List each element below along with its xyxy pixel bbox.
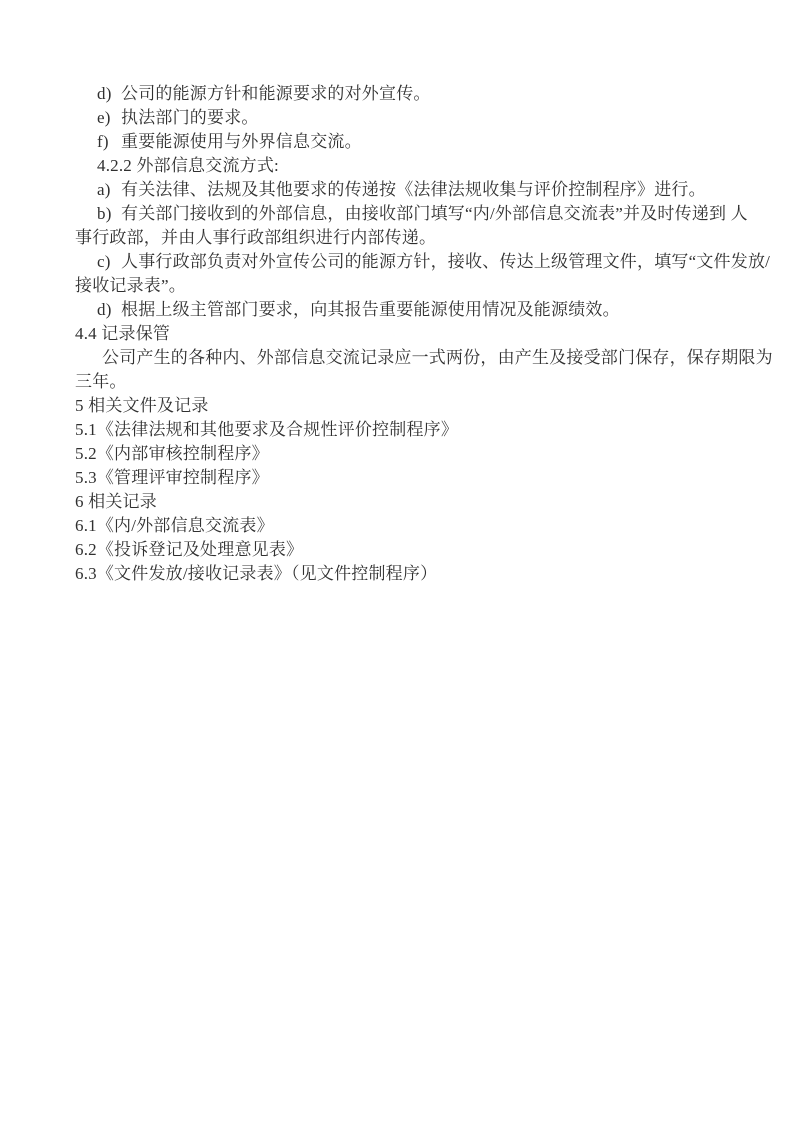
line-text: 执法部门的要求。 <box>121 108 259 127</box>
list-item-d2: d)根据上级主管部门要求，向其报告重要能源使用情况及能源绩效。 <box>75 298 738 322</box>
line-text: 6.1《内/外部信息交流表》 <box>75 516 274 535</box>
section-heading-4-2-2: 4.2.2 外部信息交流方式: <box>75 154 738 178</box>
list-item-e: e)执法部门的要求。 <box>75 106 738 130</box>
record-item-6-3: 6.3《文件发放/接收记录表》（见文件控制程序） <box>75 562 738 586</box>
paragraph-continuation: 三年。 <box>75 370 738 394</box>
reference-item-5-1: 5.1《法律法规和其他要求及合规性评价控制程序》 <box>75 418 738 442</box>
record-item-6-1: 6.1《内/外部信息交流表》 <box>75 514 738 538</box>
line-text: 6.3《文件发放/接收记录表》（见文件控制程序） <box>75 564 437 583</box>
line-text: 有关部门接收到的外部信息，由接收部门填写“内/外部信息交流表”并及时传递到 人 <box>121 204 748 223</box>
list-item-a: a)有关法律、法规及其他要求的传递按《法律法规收集与评价控制程序》进行。 <box>75 178 738 202</box>
section-heading-5: 5 相关文件及记录 <box>75 394 738 418</box>
line-text: 有关法律、法规及其他要求的传递按《法律法规收集与评价控制程序》进行。 <box>121 180 706 199</box>
section-heading-6: 6 相关记录 <box>75 490 738 514</box>
line-text: 重要能源使用与外界信息交流。 <box>121 132 362 151</box>
reference-item-5-3: 5.3《管理评审控制程序》 <box>75 466 738 490</box>
line-text: 6.2《投诉登记及处理意见表》 <box>75 540 303 559</box>
list-item-marker: f) <box>97 130 121 154</box>
line-text: 5.2《内部审核控制程序》 <box>75 444 269 463</box>
line-text: 公司的能源方针和能源要求的对外宣传。 <box>121 84 431 103</box>
list-item-d: d)公司的能源方针和能源要求的对外宣传。 <box>75 82 738 106</box>
paragraph-continuation: 事行政部，并由人事行政部组织进行内部传递。 <box>75 226 738 250</box>
line-text: 5.3《管理评审控制程序》 <box>75 468 269 487</box>
line-text: 5 相关文件及记录 <box>75 396 209 415</box>
paragraph-continuation: 接收记录表”。 <box>75 274 738 298</box>
list-item-marker: d) <box>97 298 121 322</box>
list-item-c: c)人事行政部负责对外宣传公司的能源方针，接收、传达上级管理文件，填写“文件发放… <box>75 250 738 274</box>
list-item-f: f)重要能源使用与外界信息交流。 <box>75 130 738 154</box>
list-item-marker: e) <box>97 106 121 130</box>
line-text: 4.4 记录保管 <box>75 324 170 343</box>
line-text: 6 相关记录 <box>75 492 157 511</box>
line-text: 4.2.2 外部信息交流方式: <box>97 156 279 175</box>
reference-item-5-2: 5.2《内部审核控制程序》 <box>75 442 738 466</box>
line-text: 事行政部，并由人事行政部组织进行内部传递。 <box>75 228 436 247</box>
list-item-marker: b) <box>97 202 121 226</box>
record-item-6-2: 6.2《投诉登记及处理意见表》 <box>75 538 738 562</box>
document-text-block: d)公司的能源方针和能源要求的对外宣传。 e)执法部门的要求。 f)重要能源使用… <box>0 82 800 586</box>
list-item-marker: c) <box>97 250 121 274</box>
section-heading-4-4: 4.4 记录保管 <box>75 322 738 346</box>
line-text: 5.1《法律法规和其他要求及合规性评价控制程序》 <box>75 420 458 439</box>
line-text: 三年。 <box>75 372 127 391</box>
document-page: d)公司的能源方针和能源要求的对外宣传。 e)执法部门的要求。 f)重要能源使用… <box>0 0 800 1130</box>
line-text: 根据上级主管部门要求，向其报告重要能源使用情况及能源绩效。 <box>121 300 620 319</box>
list-item-marker: a) <box>97 178 121 202</box>
list-item-b: b)有关部门接收到的外部信息，由接收部门填写“内/外部信息交流表”并及时传递到 … <box>75 202 738 226</box>
line-text: 公司产生的各种内、外部信息交流记录应一式两份，由产生及接受部门保存，保存期限为 <box>102 348 773 367</box>
list-item-marker: d) <box>97 82 121 106</box>
line-text: 接收记录表”。 <box>75 276 186 295</box>
line-text: 人事行政部负责对外宣传公司的能源方针，接收、传达上级管理文件，填写“文件发放/ <box>121 252 770 271</box>
paragraph-first-line: 公司产生的各种内、外部信息交流记录应一式两份，由产生及接受部门保存，保存期限为 <box>75 346 738 370</box>
